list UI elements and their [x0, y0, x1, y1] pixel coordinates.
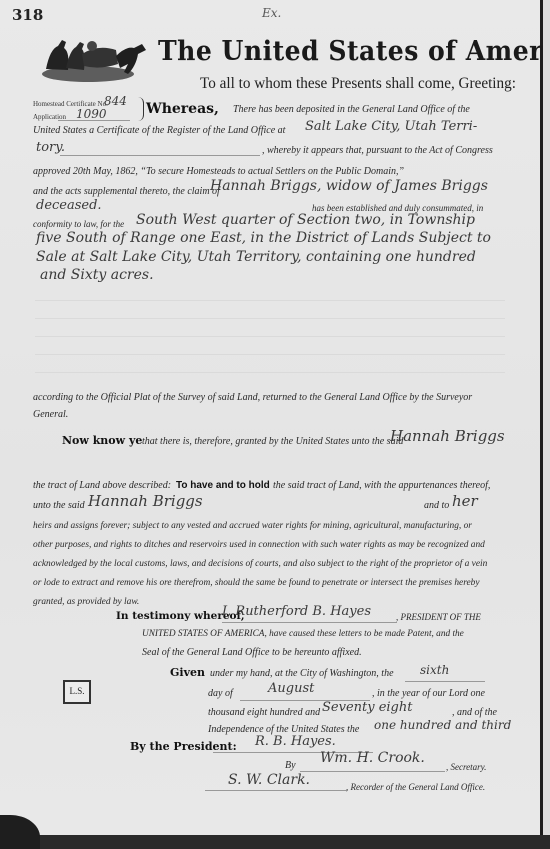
testimony-line-1-end: , PRESIDENT OF THE: [396, 612, 481, 622]
now-know-ye-lead: Now know ye: [62, 434, 142, 447]
habendum-line-2a: unto the said: [33, 500, 85, 511]
grantee-name: Hannah Briggs: [390, 427, 505, 445]
secretary-title: , Secretary.: [446, 762, 486, 772]
given-line-3a: thousand eight hundred and: [208, 707, 320, 718]
whereas-line-4: approved 20th May, 1862, “To secure Home…: [33, 166, 404, 177]
given-line-2a: day of: [208, 688, 233, 699]
habendum-line-7: granted, as provided by law.: [33, 597, 139, 607]
claimant-name: Hannah Briggs, widow of James Briggs: [210, 178, 488, 194]
whereas-line-1: There has been deposited in the General …: [233, 104, 470, 115]
land-description-2: five South of Range one East, in the Dis…: [36, 230, 491, 246]
blank-line: [60, 155, 260, 156]
president-name: I, Rutherford B. Hayes: [222, 604, 371, 619]
ruled-line: [35, 318, 505, 319]
whereas-line-5: and the acts supplemental thereto, the c…: [33, 186, 220, 197]
blank-line: [405, 681, 485, 682]
habendum-line-3: heirs and assigns forever; subject to an…: [33, 521, 472, 531]
greeting: To all to whom these Presents shall come…: [200, 75, 516, 93]
president-signature: R. B. Hayes.: [255, 734, 336, 749]
secretary-signature: Wm. H. Crook.: [320, 750, 425, 766]
blank-line: [205, 790, 347, 791]
by-label: By: [285, 760, 296, 771]
ex-mark: Ex.: [262, 6, 281, 20]
land-office-location: Salt Lake City, Utah Terri-: [305, 119, 477, 134]
ruled-line: [35, 300, 505, 301]
application-number: 1090: [76, 107, 107, 121]
recorder-signature: S. W. Clark.: [228, 772, 310, 788]
homestead-certificate-number: 844: [104, 94, 127, 108]
pronoun-her: her: [452, 492, 478, 510]
habendum-line-1a: the tract of Land above described:: [33, 480, 171, 491]
blank-line: [300, 771, 445, 772]
horse-wagon-vignette-icon: [38, 34, 150, 84]
page-edge: [543, 0, 550, 849]
now-know-ye-text: that there is, therefore, granted by the…: [142, 436, 403, 447]
locus-sigilli-seal: L.S.: [63, 680, 91, 704]
brace: [137, 97, 144, 121]
deceased-note: deceased.: [36, 198, 102, 213]
to-have-and-to-hold: To have and to hold: [176, 480, 270, 491]
territory-continued: tory.: [36, 140, 65, 155]
ruled-line: [35, 354, 505, 355]
habendum-line-2c: and to: [424, 500, 449, 511]
blank-line: [222, 622, 397, 623]
habendum-line-5: acknowledged by the local customs, laws,…: [33, 559, 487, 569]
grantee-name-2: Hannah Briggs: [88, 492, 203, 510]
whereas-lead: Whereas,: [146, 101, 219, 117]
page-number: 318: [12, 6, 43, 24]
habendum-line-6: or lode to extract and remove his ore th…: [33, 578, 480, 588]
testimony-line-2: UNITED STATES OF AMERICA, have caused th…: [142, 629, 464, 639]
document-title: The United States of America,: [158, 36, 550, 67]
given-line-3b: , and of the: [452, 707, 497, 718]
land-description-4: and Sixty acres.: [40, 267, 154, 283]
day-value: sixth: [420, 663, 449, 677]
scan-bottom-edge: [0, 835, 550, 849]
whereas-line-3: , whereby it appears that, pursuant to t…: [262, 145, 493, 156]
whereas-line-2: United States a Certificate of the Regis…: [33, 125, 285, 136]
whereas-line-7: conformity to law, for the: [33, 219, 124, 229]
land-description-3: Sale at Salt Lake City, Utah Territory, …: [36, 249, 476, 265]
independence-year-value: one hundred and third: [374, 718, 511, 732]
plat-line-2: General.: [33, 409, 68, 420]
ruled-line: [35, 336, 505, 337]
plat-line-1: according to the Official Plat of the Su…: [33, 392, 472, 403]
recorder-title: , Recorder of the General Land Office.: [346, 782, 485, 792]
habendum-line-4: other purposes, and rights to ditches an…: [33, 540, 485, 550]
given-line-2b: , in the year of our Lord one: [372, 688, 485, 699]
given-line-1: under my hand, at the City of Washington…: [210, 668, 394, 679]
given-lead: Given: [170, 666, 205, 679]
year-value: Seventy eight: [322, 700, 412, 715]
testimony-line-3: Seal of the General Land Office to be he…: [142, 647, 362, 658]
ruled-line: [35, 372, 505, 373]
habendum-line-1c: the said tract of Land, with the appurte…: [273, 480, 490, 491]
land-description-1: South West quarter of Section two, in To…: [136, 212, 475, 228]
patent-page: 318 Ex. The United States of America, To…: [0, 0, 543, 835]
month-value: August: [268, 681, 314, 696]
